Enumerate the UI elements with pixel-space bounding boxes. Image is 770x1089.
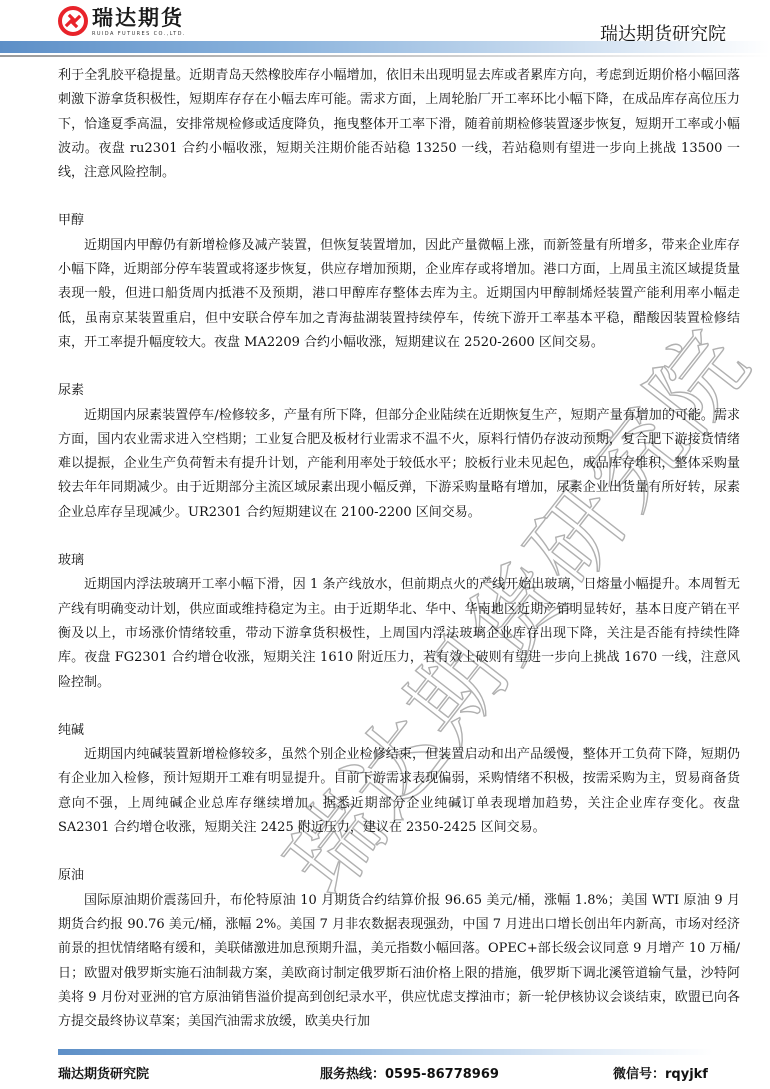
- header-gradient-bar: [0, 41, 770, 53]
- section-paragraph: 近期国内纯碱装置新增检修较多，虽然个别企业检修结束，但装置启动和出产品缓慢，整体…: [58, 743, 740, 840]
- footer-hotline: 服务热线：0595-86778969: [320, 1063, 499, 1082]
- section-methanol: 甲醇 近期国内甲醇仍有新增检修及减产装置，但恢复装置增加，因此产量微幅上涨，而新…: [58, 209, 740, 355]
- section-soda-ash: 纯碱 近期国内纯碱装置新增检修较多，虽然个别企业检修结束，但装置启动和出产品缓慢…: [58, 719, 740, 840]
- logo-english-name: RUIDA FUTURES CO.,LTD.: [92, 31, 186, 37]
- section-paragraph: 国际原油期价震荡回升，布伦特原油 10 月期货合约结算价报 96.65 美元/桶…: [58, 889, 740, 1035]
- section-paragraph: 近期国内甲醇仍有新增检修及减产装置，但恢复装置增加，因此产量微幅上涨，而新签量有…: [58, 234, 740, 355]
- section-title: 纯碱: [58, 719, 740, 743]
- section-glass: 玻璃 近期国内浮法玻璃开工率小幅下滑，因 1 条产线放水，但前期点火的产线开始出…: [58, 549, 740, 695]
- footer-wechat: 微信号：rqyjkf: [613, 1063, 708, 1082]
- section-title: 玻璃: [58, 549, 740, 573]
- section-urea: 尿素 近期国内尿素装置停车/检修较多，产量有所下降，但部分企业陆续在近期恢复生产…: [58, 379, 740, 525]
- section-paragraph: 近期国内浮法玻璃开工率小幅下滑，因 1 条产线放水，但前期点火的产线开始出玻璃，…: [58, 573, 740, 694]
- section-title: 甲醇: [58, 209, 740, 233]
- section-paragraph: 近期国内尿素装置停车/检修较多，产量有所下降，但部分企业陆续在近期恢复生产，短期…: [58, 404, 740, 525]
- section-crude-oil: 原油 国际原油期价震荡回升，布伦特原油 10 月期货合约结算价报 96.65 美…: [58, 864, 740, 1034]
- company-logo: 瑞达期货 RUIDA FUTURES CO.,LTD.: [58, 6, 186, 37]
- section-title: 尿素: [58, 379, 740, 403]
- rubber-continuation-paragraph: 利于全乳胶平稳提量。近期青岛天然橡胶库存小幅增加，依旧未出现明显去库或者累库方向…: [58, 64, 740, 185]
- section-title: 原油: [58, 864, 740, 888]
- ruida-logo-icon: [58, 6, 88, 36]
- footer-institute-name: 瑞达期货研究院: [58, 1063, 149, 1082]
- page-footer: 瑞达期货研究院 服务热线：0595-86778969 微信号：rqyjkf: [58, 1063, 718, 1083]
- logo-chinese-name: 瑞达期货: [92, 6, 186, 30]
- page-header: 瑞达期货 RUIDA FUTURES CO.,LTD. 瑞达期货研究院: [0, 0, 770, 60]
- footer-gradient-bar: [58, 1049, 713, 1055]
- header-divider: [0, 55, 770, 57]
- report-body: 利于全乳胶平稳提量。近期青岛天然橡胶库存小幅增加，依旧未出现明显去库或者累库方向…: [58, 64, 740, 1034]
